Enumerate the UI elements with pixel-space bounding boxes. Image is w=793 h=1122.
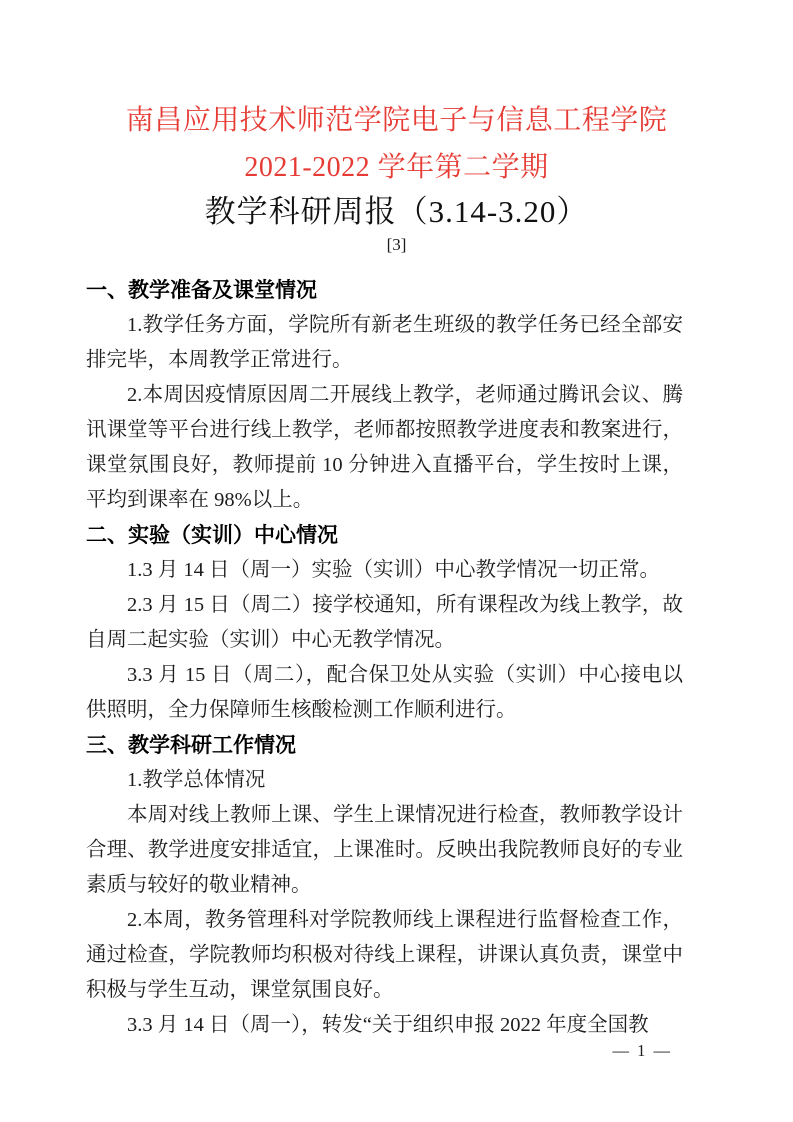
title-line-1: 南昌应用技术师范学院电子与信息工程学院 bbox=[0, 97, 793, 144]
paragraph: 2.本周，教务管理科对学院教师线上课程进行监督检查工作，通过检查，学院教师均积极… bbox=[86, 903, 683, 1008]
paragraph: 本周对线上教师上课、学生上课情况进行检查，教师教学设计合理、教学进度安排适宜，上… bbox=[86, 798, 683, 903]
section-teaching-research: 三、教学科研工作情况 1.教学总体情况 本周对线上教师上课、学生上课情况进行检查… bbox=[86, 728, 683, 1043]
document-body: 一、教学准备及课堂情况 1.教学任务方面，学院所有新老生班级的教学任务已经全部安… bbox=[86, 273, 683, 1043]
paragraph: 3.3 月 15 日（周二），配合保卫处从实验（实训）中心接电以供照明，全力保障… bbox=[86, 658, 683, 728]
report-title: 教学科研周报（3.14-3.20） bbox=[0, 191, 793, 233]
paragraph: 1.3 月 14 日（周一）实验（实训）中心教学情况一切正常。 bbox=[86, 553, 683, 588]
section-heading: 二、实验（实训）中心情况 bbox=[86, 518, 683, 553]
paragraph: 2.3 月 15 日（周二）接学校通知，所有课程改为线上教学，故自周二起实验（实… bbox=[86, 588, 683, 658]
paragraph: 1.教学总体情况 bbox=[86, 763, 683, 798]
paragraph: 2.本周因疫情原因周二开展线上教学，老师通过腾讯会议、腾讯课堂等平台进行线上教学… bbox=[86, 378, 683, 518]
paragraph: 1.教学任务方面，学院所有新老生班级的教学任务已经全部安排完毕，本周教学正常进行… bbox=[86, 308, 683, 378]
document-header: 南昌应用技术师范学院电子与信息工程学院 2021-2022 学年第二学期 教学科… bbox=[0, 0, 793, 257]
page-number: — 1 — bbox=[613, 1040, 673, 1062]
section-heading: 一、教学准备及课堂情况 bbox=[86, 273, 683, 308]
paragraph: 3.3 月 14 日（周一），转发“关于组织申报 2022 年度全国教 bbox=[86, 1008, 683, 1043]
section-teaching-preparation: 一、教学准备及课堂情况 1.教学任务方面，学院所有新老生班级的教学任务已经全部安… bbox=[86, 273, 683, 518]
section-heading: 三、教学科研工作情况 bbox=[86, 728, 683, 763]
section-lab-center: 二、实验（实训）中心情况 1.3 月 14 日（周一）实验（实训）中心教学情况一… bbox=[86, 518, 683, 728]
title-line-2: 2021-2022 学年第二学期 bbox=[0, 144, 793, 191]
issue-number: [3] bbox=[0, 233, 793, 257]
document-page: 南昌应用技术师范学院电子与信息工程学院 2021-2022 学年第二学期 教学科… bbox=[0, 0, 793, 1122]
